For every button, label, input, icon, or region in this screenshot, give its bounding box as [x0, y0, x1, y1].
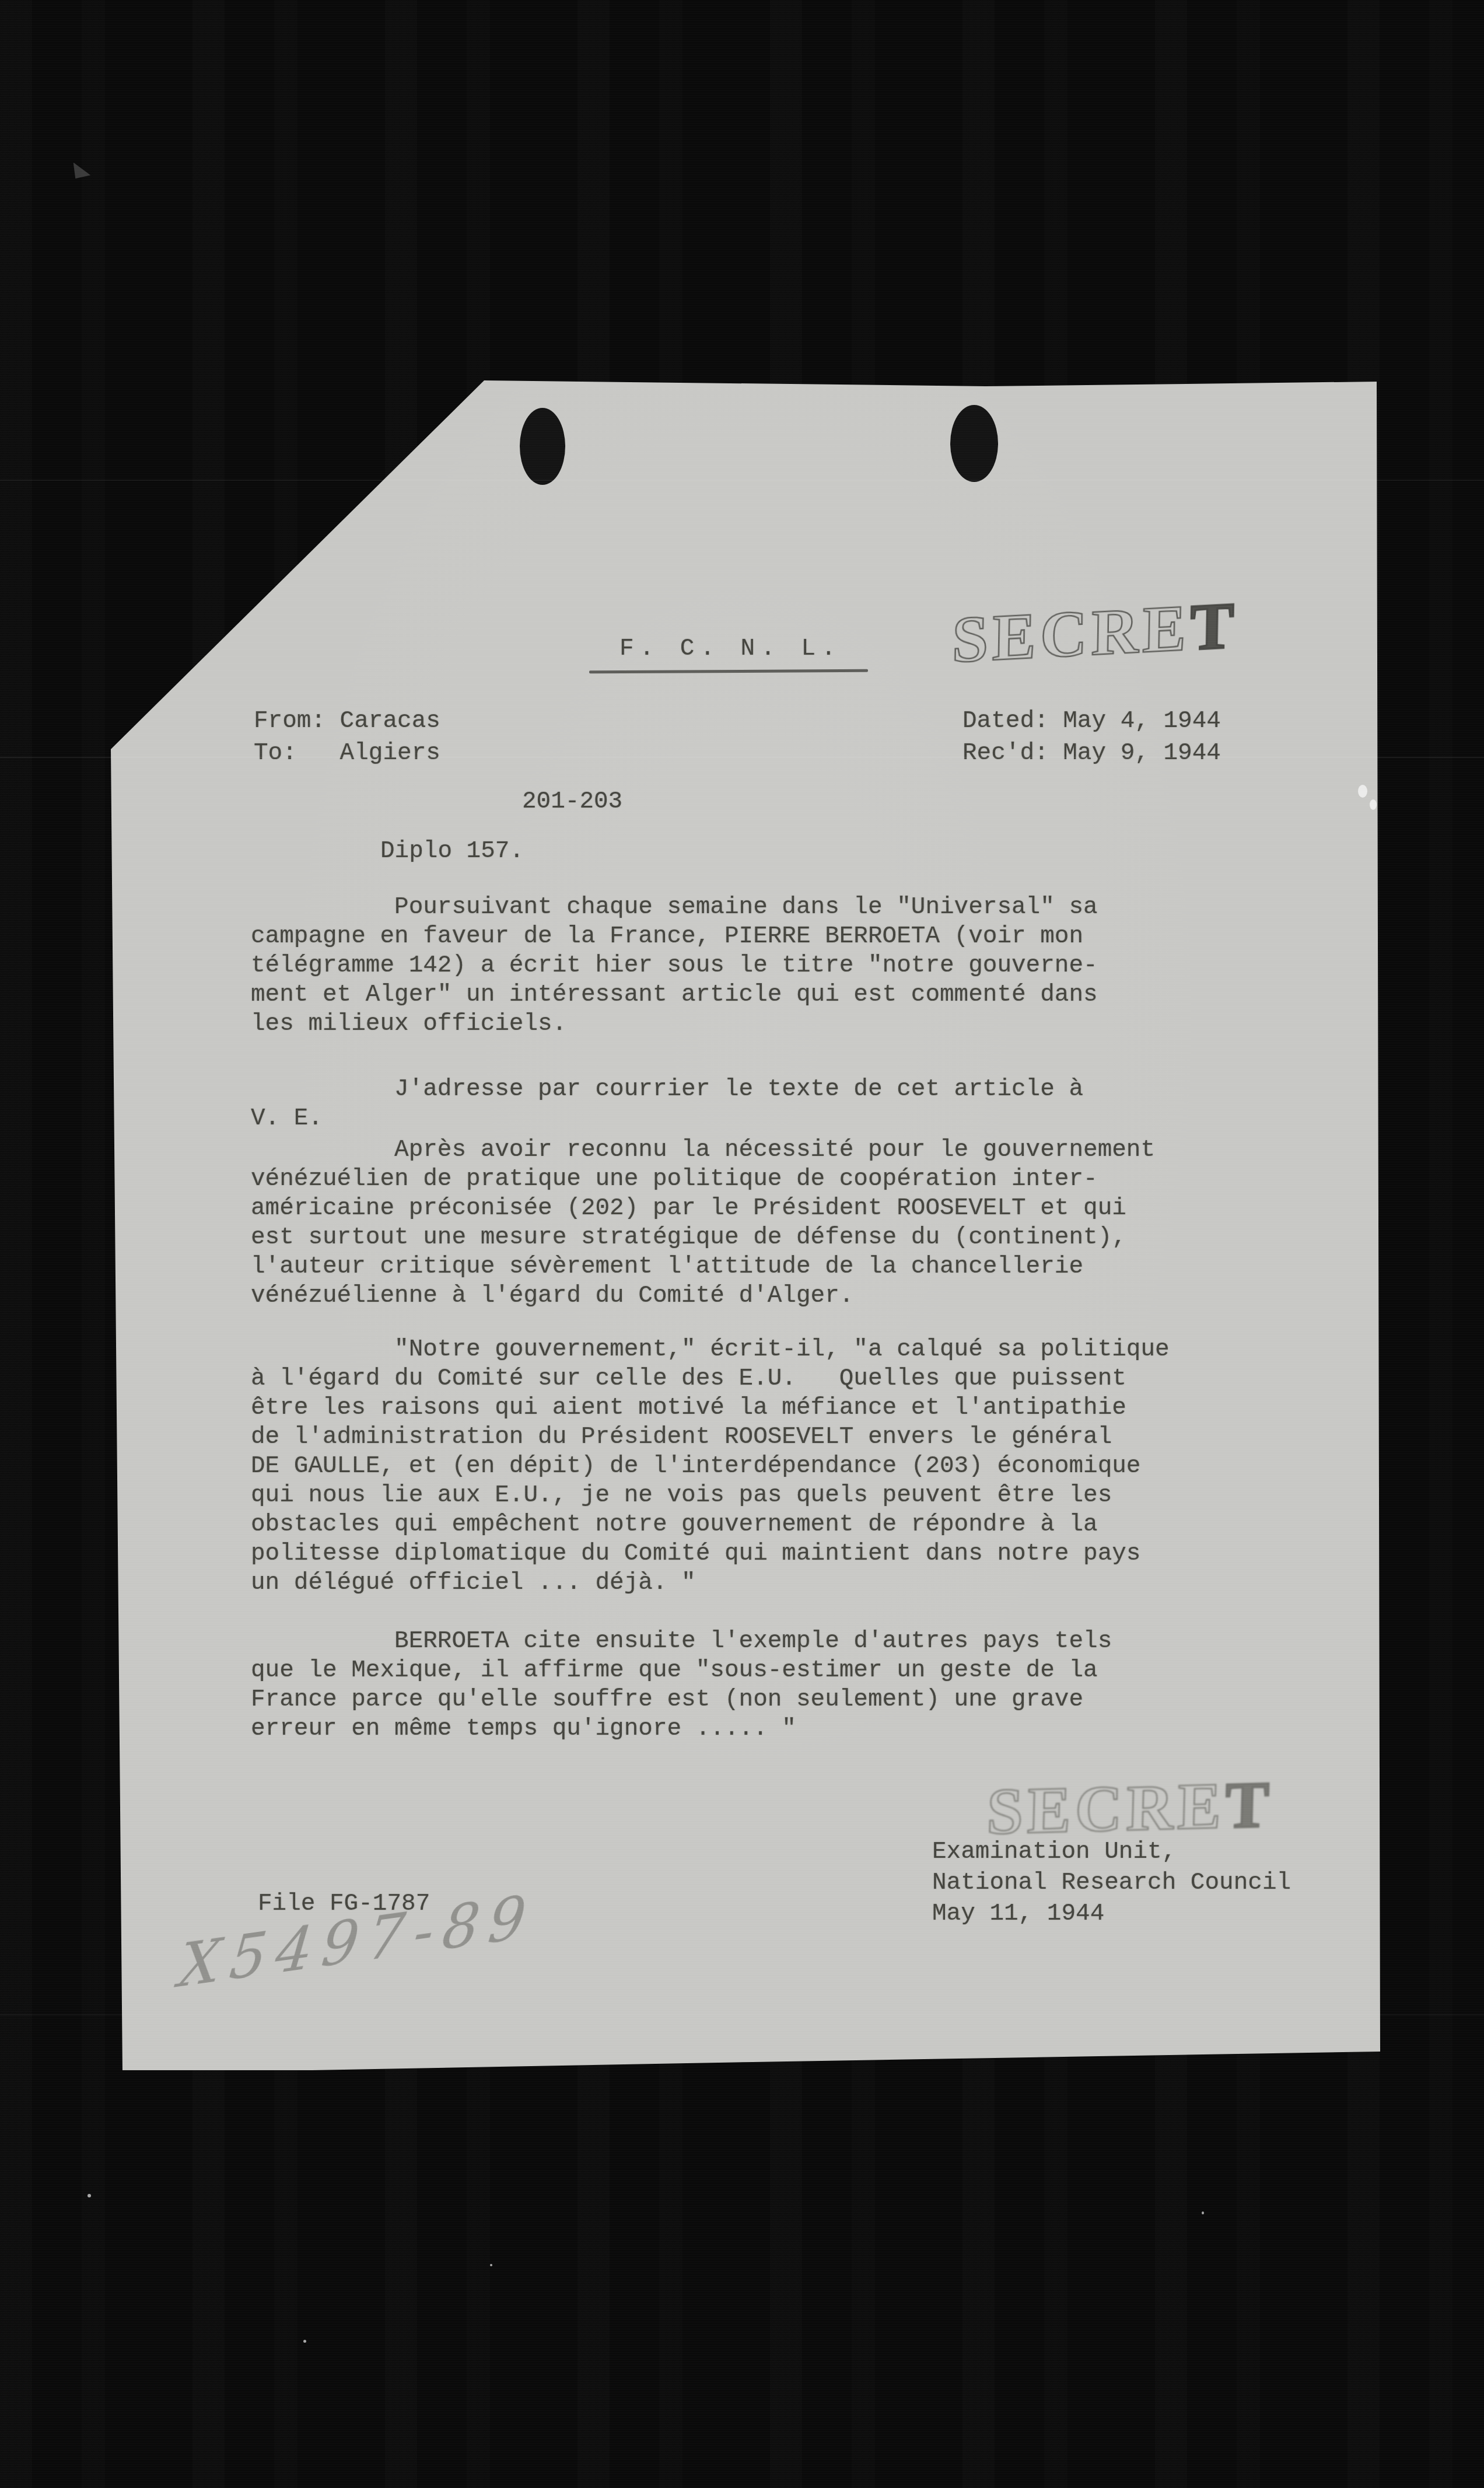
- reference-number: 201-203: [522, 787, 622, 816]
- dust-speck: [1370, 799, 1377, 810]
- text-line: BERROETA cite ensuite l'exemple d'autres…: [251, 1627, 1112, 1656]
- secret-stamp-top-leading: SECRE: [951, 592, 1191, 677]
- text-line: erreur en même temps qu'ignore ..... ": [251, 1714, 1112, 1743]
- text-line: est surtout une mesure stratégique de dé…: [251, 1223, 1155, 1252]
- paragraph-1: Poursuivant chaque semaine dans le "Univ…: [251, 893, 1098, 1039]
- text-line: Examination Unit,: [932, 1837, 1291, 1868]
- text-line: campagne en faveur de la France, PIERRE …: [251, 922, 1098, 951]
- text-line: à l'égard du Comité sur celle des E.U. Q…: [251, 1364, 1170, 1393]
- text-line: ment et Alger" un intéressant article qu…: [251, 980, 1098, 1009]
- punch-hole-right: [950, 405, 998, 482]
- scan-streak: [0, 2014, 1484, 2015]
- paragraph-4: "Notre gouvernement," écrit-il, "a calqu…: [251, 1335, 1170, 1598]
- text-line: américaine préconisée (202) par le Prési…: [251, 1194, 1155, 1223]
- scan-streak: [0, 757, 1484, 758]
- document-page: F. C. N. L. SECRET From: CaracasTo: Algi…: [111, 378, 1380, 2070]
- diplo-line: Diplo 157.: [380, 837, 524, 866]
- paragraph-5: BERROETA cite ensuite l'exemple d'autres…: [251, 1627, 1112, 1743]
- text-line: From: Caracas: [254, 705, 440, 738]
- org-header-underline: [589, 669, 868, 674]
- paragraph-3: Après avoir reconnu la nécessité pour le…: [251, 1135, 1155, 1311]
- meta-dates: Dated: May 4, 1944Rec'd: May 9, 1944: [963, 705, 1221, 770]
- secret-stamp-bottom-trailing: T: [1224, 1769, 1274, 1842]
- dust-speck: [1358, 785, 1367, 798]
- dust-speck: [303, 2340, 306, 2343]
- text-line: V. E.: [251, 1104, 1083, 1133]
- dust-speck: [87, 2194, 91, 2197]
- secret-stamp-top: SECRET: [947, 565, 1266, 690]
- scan-streak: [0, 480, 1484, 481]
- dust-speck: [490, 2264, 492, 2266]
- text-line: politesse diplomatique du Comité qui mai…: [251, 1539, 1170, 1568]
- org-header: F. C. N. L.: [619, 634, 842, 663]
- text-line: "Notre gouvernement," écrit-il, "a calqu…: [251, 1335, 1170, 1364]
- paragraph-2: J'adresse par courrier le texte de cet a…: [251, 1075, 1083, 1133]
- text-line: vénézuélien de pratique une politique de…: [251, 1165, 1155, 1194]
- footer-unit-block: Examination Unit,National Research Counc…: [932, 1837, 1291, 1930]
- text-line: J'adresse par courrier le texte de cet a…: [251, 1075, 1083, 1104]
- text-line: l'auteur critique sévèrement l'attitude …: [251, 1252, 1155, 1281]
- scanned-page: { "colors": { "background": "#0a0a0a", "…: [0, 0, 1484, 2488]
- text-line: Après avoir reconnu la nécessité pour le…: [251, 1135, 1155, 1165]
- text-line: To: Algiers: [254, 738, 440, 770]
- meta-from-to: From: CaracasTo: Algiers: [254, 705, 440, 770]
- text-line: les milieux officiels.: [251, 1009, 1098, 1039]
- punch-hole-left: [520, 408, 565, 485]
- text-line: que le Mexique, il affirme que "sous-est…: [251, 1656, 1112, 1685]
- text-line: être les raisons qui aient motivé la méf…: [251, 1393, 1170, 1423]
- text-line: Poursuivant chaque semaine dans le "Univ…: [251, 893, 1098, 922]
- text-line: Dated: May 4, 1944: [963, 705, 1221, 738]
- dust-speck: [1202, 2211, 1204, 2214]
- text-line: vénézuélienne à l'égard du Comité d'Alge…: [251, 1281, 1155, 1311]
- text-line: France parce qu'elle souffre est (non se…: [251, 1685, 1112, 1714]
- secret-stamp-top-trailing: T: [1189, 589, 1238, 664]
- text-line: May 11, 1944: [932, 1899, 1291, 1930]
- text-line: Rec'd: May 9, 1944: [963, 738, 1221, 770]
- text-line: un délégué officiel ... déjà. ": [251, 1568, 1170, 1598]
- text-line: télégramme 142) a écrit hier sous le tit…: [251, 951, 1098, 980]
- svg-text:SECRET: SECRET: [951, 589, 1238, 677]
- text-line: de l'administration du Président ROOSEVE…: [251, 1423, 1170, 1452]
- text-line: DE GAULLE, et (en dépit) de l'interdépen…: [251, 1452, 1170, 1481]
- text-line: obstacles qui empêchent notre gouverneme…: [251, 1510, 1170, 1539]
- text-line: qui nous lie aux E.U., je ne vois pas qu…: [251, 1481, 1170, 1510]
- text-line: National Research Council: [932, 1868, 1291, 1899]
